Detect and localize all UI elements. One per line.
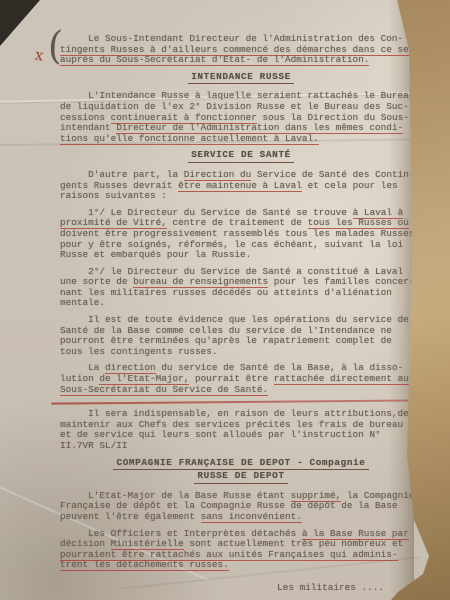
compagnies-paragraph: L'Etat-Major de la Base Russe étant supp… [60, 491, 422, 523]
typed-line: Russe et embarqués pour la Russie. [60, 250, 422, 261]
typed-text: II.7VR SL/II [60, 440, 128, 451]
typed-text: peuvent l'être également [60, 511, 201, 522]
typed-text: La [60, 362, 105, 373]
margin-paren-mark: ( [48, 40, 63, 52]
frais-paragraph: Il sera indispensable, en raison de leur… [60, 409, 422, 451]
red-x-margin-mark: x [34, 49, 44, 61]
heading-text: RUSSE DE DEPOT [194, 471, 287, 484]
typed-line: trent les détachements russes. [60, 560, 422, 571]
typed-text: pour y être soignés, réformés, le cas éc… [60, 239, 403, 250]
typed-text: pour les familles concer- [268, 276, 414, 287]
red-underlined-text: tions qu'elle fonctionne actuellement à … [60, 133, 319, 145]
typed-line: peuvent l'être également sans inconvénie… [60, 512, 422, 523]
typed-text: Service de Santé des Contin- [251, 169, 414, 180]
heading-service-de-sante: SERVICE DE SANTÉ [60, 150, 422, 163]
typed-line: auprès du Sous-Secrétariat d'Etat- de l'… [60, 55, 422, 66]
typed-text: raisons suivantes : [60, 190, 167, 201]
intendance-paragraph: L'Intendance Russe à laquelle seraient r… [60, 91, 422, 144]
heading-compagnies-depot: COMPAGNIE FRANÇAISE DE DEPOT - Compagnie… [60, 458, 422, 484]
typed-text: Les Officiers et Interprètes détachés [60, 528, 302, 539]
intro-paragraph: Le Sous-Intendant Directeur de l'Adminis… [60, 34, 422, 66]
typed-text: pourrait être [189, 373, 273, 384]
point-1-paragraph: 1°/ Le Directeur du Service de Santé se … [60, 208, 422, 261]
heading-text: COMPAGNIE FRANÇAISE DE DEPOT - Compagnie [113, 458, 368, 471]
typed-text: sous la Direction du Sous- [257, 112, 409, 123]
red-underlined-text: être maintenue à Laval [178, 180, 302, 192]
typed-text: centre de traitement de [167, 217, 308, 228]
typed-text-block: x ( Le Sous-Intendant Directeur de l'Adm… [60, 34, 422, 594]
typed-text: nant les militaires russes décédés ou at… [60, 287, 392, 298]
typed-text: D'autre part, la [60, 169, 184, 180]
photo-of-document: x ( Le Sous-Intendant Directeur de l'Adm… [0, 0, 450, 600]
typed-line: mentale. [60, 298, 422, 309]
typed-line: Le Sous-Intendant Directeur de l'Adminis… [60, 34, 422, 45]
heading-intendance-russe: INTENDANCE RUSSE [60, 72, 422, 85]
typed-text: tous les contingents russes. [60, 346, 218, 357]
red-underlined-text: Sous-Secrétariat du Service de Santé. [60, 384, 268, 396]
typed-text: mentale. [60, 297, 105, 308]
typed-text: décision [60, 538, 111, 549]
closing-line: Les militaires .... [60, 583, 422, 594]
typed-text: et cela pour les [302, 180, 398, 191]
typed-text: Le Sous-Intendant Directeur de l'Adminis… [60, 33, 403, 44]
heading-text: INTENDANCE RUSSE [188, 72, 294, 85]
typed-text: une sorte de [60, 276, 133, 287]
red-underlined-text: rattachée directement au [274, 373, 409, 385]
red-underlined-text: trent les détachements russes. [60, 559, 229, 571]
typed-text: Russe et embarqués pour la Russie. [60, 249, 251, 260]
red-underlined-text: sans inconvénient. [201, 511, 302, 523]
typed-text: Française de dépôt et la Compagnie Russe… [60, 500, 398, 511]
red-ink-rule [51, 400, 427, 405]
typed-text: Il est de toute évidence que les opérati… [60, 314, 409, 325]
typed-text: sont actuellement très peu nombreux et [184, 538, 403, 549]
officiers-paragraph: Les Officiers et Interprètes détachés à … [60, 529, 422, 571]
typed-text: intendant [60, 122, 116, 133]
typed-line: nant les militaires russes décédés ou at… [60, 288, 422, 299]
typed-text: de liquidation de l'ex 2° Division Russe… [60, 101, 409, 112]
typed-text: gents Russes devrait [60, 180, 178, 191]
typed-text: doivent être progressivement rassemblés … [60, 228, 414, 239]
rattachement-paragraph: La direction du service de Santé de la B… [60, 363, 422, 395]
typed-text: et de service qui leurs sont alloués par… [60, 429, 381, 440]
heading-text: SERVICE DE SANTÉ [188, 150, 294, 163]
typed-text: cessions [60, 112, 111, 123]
typed-text: L'Intendance Russe à laquelle seraient r… [60, 90, 414, 101]
typed-text: Santé de la Base comme celles du service… [60, 325, 392, 336]
typed-text: pourront être terminées qu'après le rapa… [60, 335, 392, 346]
document-body: Le Sous-Intendant Directeur de l'Adminis… [60, 34, 422, 594]
typed-line: II.7VR SL/II [60, 441, 422, 452]
typed-text: du service de Santé de la Base, à la dis… [156, 362, 404, 373]
document-page: x ( Le Sous-Intendant Directeur de l'Adm… [0, 0, 450, 600]
evidence-paragraph: Il est de toute évidence que les opérati… [60, 315, 422, 357]
sante-intro-paragraph: D'autre part, la Direction du Service de… [60, 170, 422, 202]
typed-line: tous les contingents russes. [60, 347, 422, 358]
typed-text: lution [60, 373, 99, 384]
typed-line: raisons suivantes : [60, 191, 422, 202]
typed-text: Il sera indispensable, en raison de leur… [60, 408, 409, 419]
point-2-paragraph: 2°/ le Directeur du Service de Santé a c… [60, 267, 422, 309]
typed-line: tions qu'elle fonctionne actuellement à … [60, 134, 422, 145]
red-underlined-text: auprès du Sous-Secrétariat d'Etat- de l'… [60, 54, 369, 66]
typed-line: Sous-Secrétariat du Service de Santé. [60, 385, 422, 396]
